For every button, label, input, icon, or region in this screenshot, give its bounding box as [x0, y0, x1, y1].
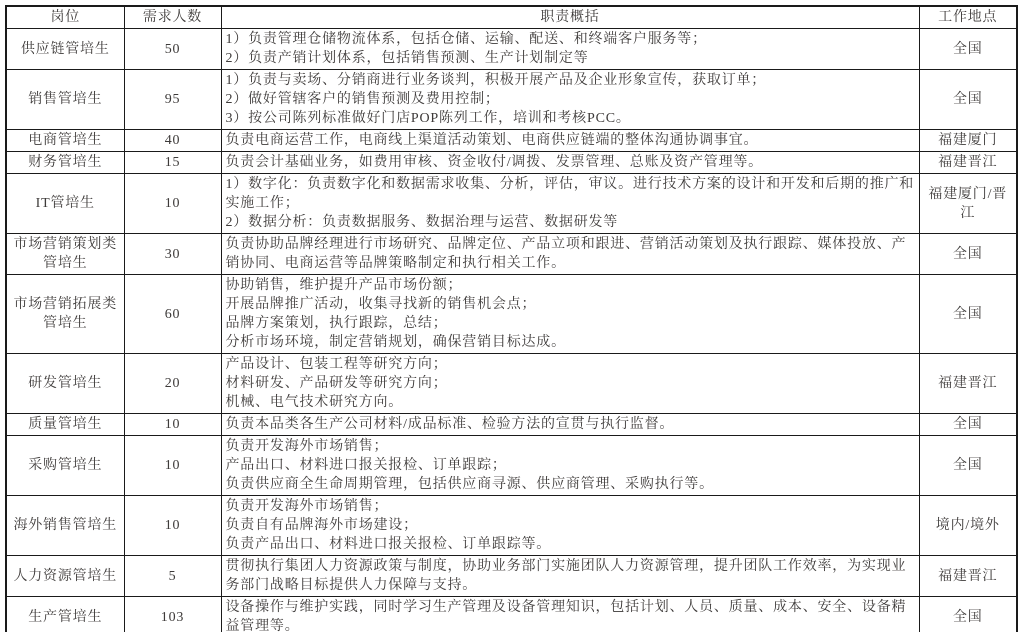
- duties-cell: 贯彻执行集团人力资源政策与制度，协助业务部门实施团队人力资源管理，提升团队工作效…: [221, 556, 919, 597]
- duty-line: 2）做好管辖客户的销售预测及费用控制；: [226, 90, 915, 109]
- headcount-cell: 10: [124, 436, 221, 496]
- duty-line: 负责电商运营工作，电商线上渠道活动策划、电商供应链端的整体沟通协调事宜。: [226, 131, 915, 150]
- table-row: 销售管培生951）负责与卖场、分销商进行业务谈判，积极开展产品及企业形象宣传，获…: [6, 70, 1017, 130]
- duty-line: 负责协助品牌经理进行市场研究、品牌定位、产品立项和跟进、营销活动策划及执行跟踪、…: [226, 235, 915, 273]
- location-cell: 全国: [919, 414, 1017, 436]
- position-cell: 质量管培生: [6, 414, 124, 436]
- job-positions-table: 岗位 需求人数 职责概括 工作地点 供应链管培生501）负责管理仓储物流体系，包…: [5, 5, 1018, 632]
- col-header-position: 岗位: [6, 6, 124, 29]
- duty-line: 产品设计、包装工程等研究方向；: [226, 355, 915, 374]
- location-cell: 全国: [919, 275, 1017, 354]
- headcount-cell: 20: [124, 354, 221, 414]
- duty-line: 负责自有品牌海外市场建设；: [226, 516, 915, 535]
- headcount-cell: 10: [124, 174, 221, 234]
- table-row: 质量管培生10负责本品类各生产公司材料/成品标准、检验方法的宣贯与执行监督。全国: [6, 414, 1017, 436]
- col-header-headcount: 需求人数: [124, 6, 221, 29]
- position-cell: 供应链管培生: [6, 29, 124, 70]
- position-cell: 电商管培生: [6, 130, 124, 152]
- headcount-cell: 30: [124, 234, 221, 275]
- headcount-cell: 15: [124, 152, 221, 174]
- duty-line: 协助销售，维护提升产品市场份额；: [226, 276, 915, 295]
- duty-line: 负责本品类各生产公司材料/成品标准、检验方法的宣贯与执行监督。: [226, 415, 915, 434]
- position-cell: 生产管培生: [6, 597, 124, 632]
- location-cell: 全国: [919, 70, 1017, 130]
- location-cell: 全国: [919, 597, 1017, 632]
- duty-line: 贯彻执行集团人力资源政策与制度，协助业务部门实施团队人力资源管理，提升团队工作效…: [226, 557, 915, 595]
- duties-cell: 产品设计、包装工程等研究方向；材料研发、产品研发等研究方向；机械、电气技术研究方…: [221, 354, 919, 414]
- duty-line: 开展品牌推广活动，收集寻找新的销售机会点；: [226, 295, 915, 314]
- table-row: IT管培生101）数字化：负责数字化和数据需求收集、分析，评估，审议。进行技术方…: [6, 174, 1017, 234]
- duty-line: 1）数字化：负责数字化和数据需求收集、分析，评估，审议。进行技术方案的设计和开发…: [226, 175, 915, 213]
- duties-cell: 1）数字化：负责数字化和数据需求收集、分析，评估，审议。进行技术方案的设计和开发…: [221, 174, 919, 234]
- table-body: 供应链管培生501）负责管理仓储物流体系，包括仓储、运输、配送、和终端客户服务等…: [6, 29, 1017, 632]
- duties-cell: 设备操作与维护实践，同时学习生产管理及设备管理知识，包括计划、人员、质量、成本、…: [221, 597, 919, 632]
- table-row: 市场营销拓展类管培生60协助销售，维护提升产品市场份额；开展品牌推广活动，收集寻…: [6, 275, 1017, 354]
- position-cell: 海外销售管培生: [6, 496, 124, 556]
- duty-line: 产品出口、材料进口报关报检、订单跟踪；: [226, 456, 915, 475]
- duties-cell: 负责开发海外市场销售；负责自有品牌海外市场建设；负责产品出口、材料进口报关报检、…: [221, 496, 919, 556]
- duties-cell: 负责本品类各生产公司材料/成品标准、检验方法的宣贯与执行监督。: [221, 414, 919, 436]
- position-cell: 采购管培生: [6, 436, 124, 496]
- location-cell: 福建厦门/晋江: [919, 174, 1017, 234]
- table-row: 财务管培生15负责会计基础业务，如费用审核、资金收付/调拨、发票管理、总账及资产…: [6, 152, 1017, 174]
- headcount-cell: 95: [124, 70, 221, 130]
- headcount-cell: 50: [124, 29, 221, 70]
- duty-line: 1）负责与卖场、分销商进行业务谈判，积极开展产品及企业形象宣传，获取订单；: [226, 71, 915, 90]
- table-row: 研发管培生20产品设计、包装工程等研究方向；材料研发、产品研发等研究方向；机械、…: [6, 354, 1017, 414]
- duty-line: 负责开发海外市场销售；: [226, 437, 915, 456]
- duty-line: 负责产品出口、材料进口报关报检、订单跟踪等。: [226, 535, 915, 554]
- location-cell: 福建晋江: [919, 354, 1017, 414]
- location-cell: 福建晋江: [919, 152, 1017, 174]
- duties-cell: 负责会计基础业务，如费用审核、资金收付/调拨、发票管理、总账及资产管理等。: [221, 152, 919, 174]
- table-row: 人力资源管培生5贯彻执行集团人力资源政策与制度，协助业务部门实施团队人力资源管理…: [6, 556, 1017, 597]
- table-row: 电商管培生40负责电商运营工作，电商线上渠道活动策划、电商供应链端的整体沟通协调…: [6, 130, 1017, 152]
- duty-line: 1）负责管理仓储物流体系，包括仓储、运输、配送、和终端客户服务等；: [226, 30, 915, 49]
- position-cell: 市场营销策划类管培生: [6, 234, 124, 275]
- duty-line: 机械、电气技术研究方向。: [226, 393, 915, 412]
- headcount-cell: 5: [124, 556, 221, 597]
- duties-cell: 1）负责与卖场、分销商进行业务谈判，积极开展产品及企业形象宣传，获取订单；2）做…: [221, 70, 919, 130]
- duty-line: 材料研发、产品研发等研究方向；: [226, 374, 915, 393]
- position-cell: 销售管培生: [6, 70, 124, 130]
- header-row: 岗位 需求人数 职责概括 工作地点: [6, 6, 1017, 29]
- col-header-location: 工作地点: [919, 6, 1017, 29]
- location-cell: 福建晋江: [919, 556, 1017, 597]
- location-cell: 全国: [919, 436, 1017, 496]
- headcount-cell: 103: [124, 597, 221, 632]
- duty-line: 负责开发海外市场销售；: [226, 497, 915, 516]
- table-row: 采购管培生10负责开发海外市场销售；产品出口、材料进口报关报检、订单跟踪；负责供…: [6, 436, 1017, 496]
- position-cell: 财务管培生: [6, 152, 124, 174]
- position-cell: 人力资源管培生: [6, 556, 124, 597]
- location-cell: 境内/境外: [919, 496, 1017, 556]
- duty-line: 设备操作与维护实践，同时学习生产管理及设备管理知识，包括计划、人员、质量、成本、…: [226, 598, 915, 632]
- position-cell: 研发管培生: [6, 354, 124, 414]
- duty-line: 3）按公司陈列标准做好门店POP陈列工作，培训和考核PCC。: [226, 109, 915, 128]
- table-row: 生产管培生103设备操作与维护实践，同时学习生产管理及设备管理知识，包括计划、人…: [6, 597, 1017, 632]
- duty-line: 负责供应商全生命周期管理，包括供应商寻源、供应商管理、采购执行等。: [226, 475, 915, 494]
- location-cell: 全国: [919, 234, 1017, 275]
- duty-line: 2）负责产销计划体系，包括销售预测、生产计划制定等: [226, 49, 915, 68]
- headcount-cell: 10: [124, 414, 221, 436]
- duties-cell: 负责电商运营工作，电商线上渠道活动策划、电商供应链端的整体沟通协调事宜。: [221, 130, 919, 152]
- duty-line: 2）数据分析：负责数据服务、数据治理与运营、数据研发等: [226, 213, 915, 232]
- position-cell: IT管培生: [6, 174, 124, 234]
- headcount-cell: 10: [124, 496, 221, 556]
- page: 岗位 需求人数 职责概括 工作地点 供应链管培生501）负责管理仓储物流体系，包…: [0, 0, 1021, 632]
- table-row: 市场营销策划类管培生30负责协助品牌经理进行市场研究、品牌定位、产品立项和跟进、…: [6, 234, 1017, 275]
- table-row: 供应链管培生501）负责管理仓储物流体系，包括仓储、运输、配送、和终端客户服务等…: [6, 29, 1017, 70]
- duty-line: 分析市场环境，制定营销规划，确保营销目标达成。: [226, 333, 915, 352]
- duty-line: 品牌方案策划，执行跟踪，总结；: [226, 314, 915, 333]
- location-cell: 福建厦门: [919, 130, 1017, 152]
- headcount-cell: 60: [124, 275, 221, 354]
- location-cell: 全国: [919, 29, 1017, 70]
- position-cell: 市场营销拓展类管培生: [6, 275, 124, 354]
- headcount-cell: 40: [124, 130, 221, 152]
- duties-cell: 协助销售，维护提升产品市场份额；开展品牌推广活动，收集寻找新的销售机会点；品牌方…: [221, 275, 919, 354]
- col-header-duties: 职责概括: [221, 6, 919, 29]
- duties-cell: 1）负责管理仓储物流体系，包括仓储、运输、配送、和终端客户服务等；2）负责产销计…: [221, 29, 919, 70]
- duty-line: 负责会计基础业务，如费用审核、资金收付/调拨、发票管理、总账及资产管理等。: [226, 153, 915, 172]
- duties-cell: 负责协助品牌经理进行市场研究、品牌定位、产品立项和跟进、营销活动策划及执行跟踪、…: [221, 234, 919, 275]
- duties-cell: 负责开发海外市场销售；产品出口、材料进口报关报检、订单跟踪；负责供应商全生命周期…: [221, 436, 919, 496]
- table-row: 海外销售管培生10负责开发海外市场销售；负责自有品牌海外市场建设；负责产品出口、…: [6, 496, 1017, 556]
